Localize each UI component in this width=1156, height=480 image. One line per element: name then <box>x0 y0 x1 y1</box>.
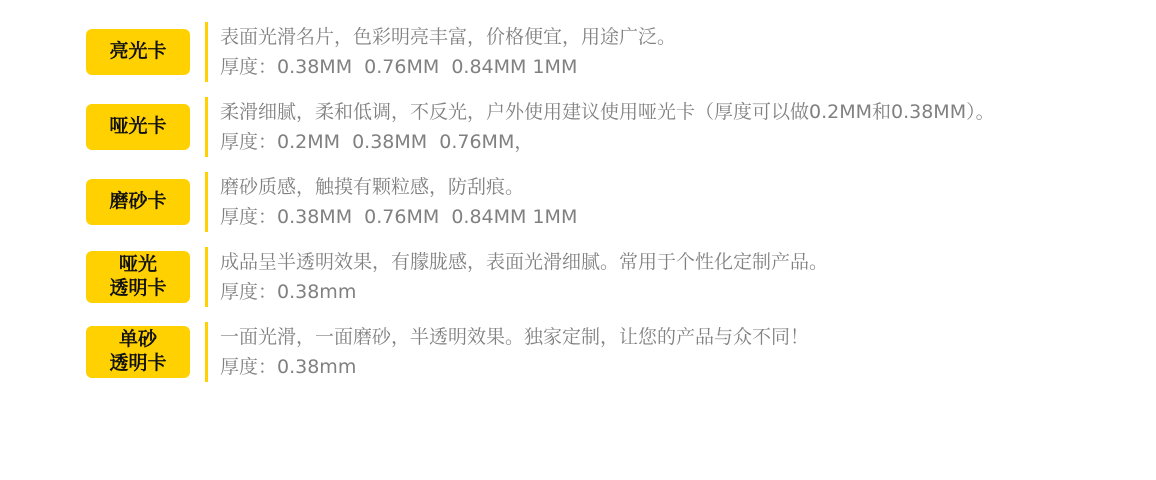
card-type-description: 磨砂质感，触摸有颗粒感，防刮痕。 <box>220 172 577 202</box>
card-type-description: 表面光滑名片，色彩明亮丰富，价格便宜，用途广泛。 <box>220 22 676 52</box>
card-type-thickness: 厚度：0.2MM 0.38MM 0.76MM， <box>220 127 995 157</box>
card-type-row-matte-transparent: 哑光 透明卡 成品呈半透明效果，有朦胧感，表面光滑细腻。常用于个性化定制产品。 … <box>86 247 1156 307</box>
vertical-divider <box>205 172 208 232</box>
card-type-thickness: 厚度：0.38MM 0.76MM 0.84MM 1MM <box>220 202 577 232</box>
card-type-thickness: 厚度：0.38mm <box>220 277 828 307</box>
card-type-info: 磨砂质感，触摸有颗粒感，防刮痕。 厚度：0.38MM 0.76MM 0.84MM… <box>220 172 577 232</box>
vertical-divider <box>205 22 208 82</box>
card-type-badge: 哑光 透明卡 <box>86 251 190 303</box>
vertical-divider <box>205 247 208 307</box>
vertical-divider <box>205 97 208 157</box>
card-type-description: 成品呈半透明效果，有朦胧感，表面光滑细腻。常用于个性化定制产品。 <box>220 247 828 277</box>
card-type-row-matte: 哑光卡 柔滑细腻，柔和低调，不反光，户外使用建议使用哑光卡（厚度可以做0.2MM… <box>86 97 1156 157</box>
card-type-badge: 磨砂卡 <box>86 179 190 225</box>
card-type-thickness: 厚度：0.38MM 0.76MM 0.84MM 1MM <box>220 52 676 82</box>
card-type-row-frosted: 磨砂卡 磨砂质感，触摸有颗粒感，防刮痕。 厚度：0.38MM 0.76MM 0.… <box>86 172 1156 232</box>
card-type-description: 一面光滑，一面磨砂，半透明效果。独家定制，让您的产品与众不同！ <box>220 322 809 352</box>
card-type-row-single-frost-transparent: 单砂 透明卡 一面光滑，一面磨砂，半透明效果。独家定制，让您的产品与众不同！ 厚… <box>86 322 1156 382</box>
card-type-row-glossy: 亮光卡 表面光滑名片，色彩明亮丰富，价格便宜，用途广泛。 厚度：0.38MM 0… <box>86 22 1156 82</box>
card-type-info: 柔滑细腻，柔和低调，不反光，户外使用建议使用哑光卡（厚度可以做0.2MM和0.3… <box>220 97 995 157</box>
card-types-section: 亮光卡 表面光滑名片，色彩明亮丰富，价格便宜，用途广泛。 厚度：0.38MM 0… <box>0 0 1156 382</box>
card-type-badge: 哑光卡 <box>86 104 190 150</box>
card-type-badge: 亮光卡 <box>86 29 190 75</box>
card-type-description: 柔滑细腻，柔和低调，不反光，户外使用建议使用哑光卡（厚度可以做0.2MM和0.3… <box>220 97 995 127</box>
card-type-badge: 单砂 透明卡 <box>86 326 190 378</box>
card-type-info: 一面光滑，一面磨砂，半透明效果。独家定制，让您的产品与众不同！ 厚度：0.38m… <box>220 322 809 382</box>
card-type-info: 表面光滑名片，色彩明亮丰富，价格便宜，用途广泛。 厚度：0.38MM 0.76M… <box>220 22 676 82</box>
card-type-info: 成品呈半透明效果，有朦胧感，表面光滑细腻。常用于个性化定制产品。 厚度：0.38… <box>220 247 828 307</box>
vertical-divider <box>205 322 208 382</box>
card-type-thickness: 厚度：0.38mm <box>220 352 809 382</box>
